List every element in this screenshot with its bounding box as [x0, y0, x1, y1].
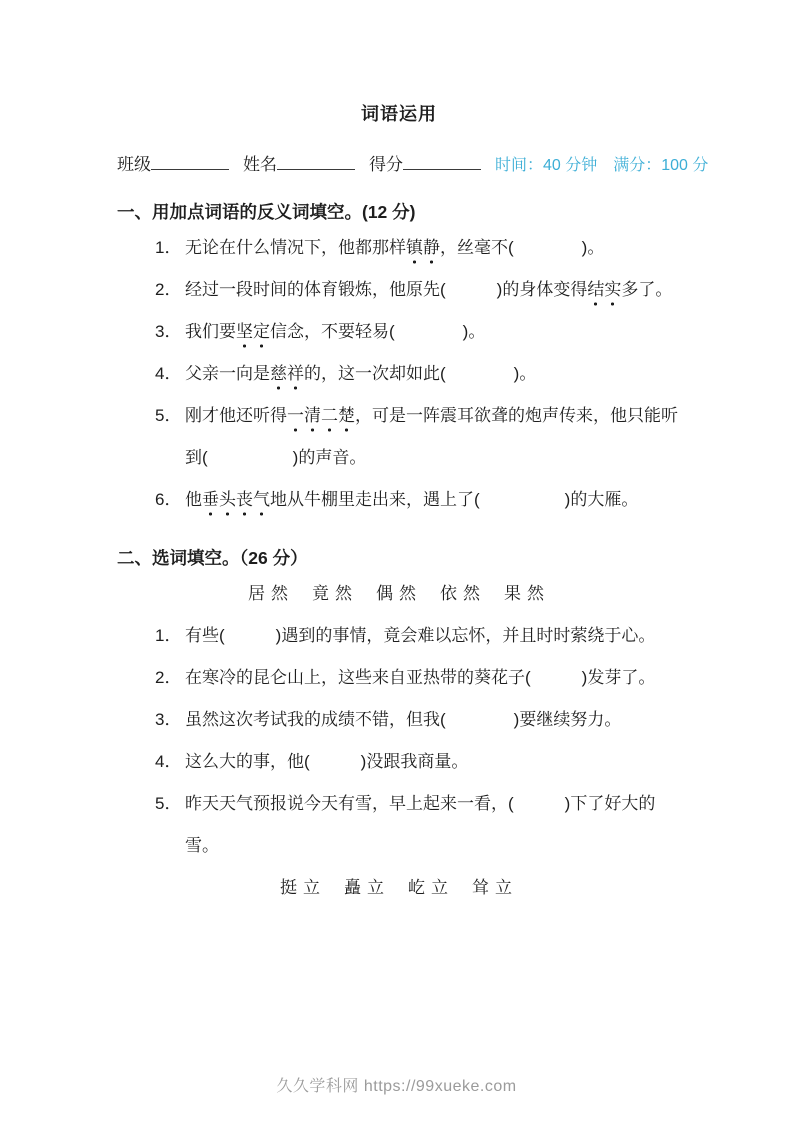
name-blank-line	[277, 156, 355, 170]
question-text: 有些( )遇到的事情，竟会难以忘怀，并且时时萦绕于心。	[185, 626, 655, 645]
question-text: 父亲一向是	[185, 364, 270, 383]
score-label: 得分	[369, 150, 403, 175]
question-item: 3．我们要坚定信念，不要轻易( )。	[117, 311, 681, 353]
emphasized-word: 一清二楚	[287, 406, 355, 432]
question-text: 刚才他还听得	[185, 406, 287, 425]
question-item: 3．虽然这次考试我的成绩不错，但我( )要继续努力。	[117, 699, 681, 741]
question-number: 4．	[155, 353, 185, 395]
emphasized-word: 镇静	[406, 238, 440, 264]
question-item: 2．经过一段时间的体育锻炼，他原先( )的身体变得结实多了。	[117, 269, 681, 311]
question-item: 5．昨天天气预报说今天有雪，早上起来一看，( )下了好大的雪。	[117, 783, 681, 867]
word-bank: 挺立矗立屹立耸立	[117, 867, 681, 909]
watermark-footer: 久久学科网 https://99xueke.com	[0, 1073, 793, 1096]
word-bank-option: 耸立	[472, 878, 518, 897]
word-bank-option: 矗立	[344, 878, 390, 897]
emphasized-word: 慈祥	[270, 364, 304, 390]
section: 一、用加点词语的反义词填空。(12 分)1．无论在什么情况下，他都那样镇静，丝毫…	[117, 197, 681, 521]
question-text: 在寒冷的昆仑山上，这些来自亚热带的葵花子( )发芽了。	[185, 668, 655, 687]
question-item: 2．在寒冷的昆仑山上，这些来自亚热带的葵花子( )发芽了。	[117, 657, 681, 699]
question-text: ，丝毫不( )。	[440, 238, 604, 257]
section: 二、选词填空。（26 分）居然竟然偶然依然果然1．有些( )遇到的事情，竟会难以…	[117, 543, 681, 909]
student-info-row: 班级 姓名 得分 时间：40 分钟 满分：100 分	[117, 150, 681, 175]
question-number: 3．	[155, 311, 185, 353]
question-number: 2．	[155, 657, 185, 699]
score-blank-line	[403, 156, 481, 170]
emphasized-word: 结实	[587, 280, 621, 306]
question-number: 4．	[155, 741, 185, 783]
section-heading: 一、用加点词语的反义词填空。(12 分)	[117, 197, 681, 227]
word-bank-option: 竟然	[312, 584, 358, 603]
question-text: 昨天天气预报说今天有雪，早上起来一看，( )下了好大的雪。	[185, 794, 655, 855]
question-text: 无论在什么情况下，他都那样	[185, 238, 406, 257]
question-item: 4．父亲一向是慈祥的，这一次却如此( )。	[117, 353, 681, 395]
question-item: 4．这么大的事，他( )没跟我商量。	[117, 741, 681, 783]
question-text: 他	[185, 490, 202, 509]
class-label: 班级	[117, 150, 151, 175]
word-bank-option: 偶然	[376, 584, 422, 603]
question-text: 地从牛棚里走出来，遇上了( )的大雁。	[270, 490, 638, 509]
time-and-total-score: 时间：40 分钟 满分：100 分	[495, 152, 708, 175]
page-title: 词语运用	[117, 104, 681, 124]
question-number: 6．	[155, 479, 185, 521]
question-text: 信念，不要轻易( )。	[270, 322, 485, 341]
question-number: 1．	[155, 227, 185, 269]
name-label: 姓名	[243, 150, 277, 175]
question-text: 我们要	[185, 322, 236, 341]
class-field: 班级	[117, 150, 229, 175]
question-number: 5．	[155, 783, 185, 825]
word-bank-option: 果然	[504, 584, 550, 603]
question-item: 1．无论在什么情况下，他都那样镇静，丝毫不( )。	[117, 227, 681, 269]
question-text: 多了。	[621, 280, 672, 299]
word-bank-option: 屹立	[408, 878, 454, 897]
question-number: 5．	[155, 395, 185, 437]
worksheet-page: 词语运用 班级 姓名 得分 时间：40 分钟 满分：100 分 一、用加点词语的…	[0, 0, 793, 909]
question-text: 经过一段时间的体育锻炼，他原先( )的身体变得	[185, 280, 587, 299]
word-bank-option: 居然	[248, 584, 294, 603]
question-text: 虽然这次考试我的成绩不错，但我( )要继续努力。	[185, 710, 621, 729]
question-number: 2．	[155, 269, 185, 311]
sections: 一、用加点词语的反义词填空。(12 分)1．无论在什么情况下，他都那样镇静，丝毫…	[117, 197, 681, 909]
score-field: 得分	[369, 150, 481, 175]
word-bank-option: 挺立	[280, 878, 326, 897]
question-number: 1．	[155, 615, 185, 657]
class-blank-line	[151, 156, 229, 170]
question-text: 这么大的事，他( )没跟我商量。	[185, 752, 468, 771]
word-bank-option: 依然	[440, 584, 486, 603]
section-heading: 二、选词填空。（26 分）	[117, 543, 681, 573]
question-item: 5．刚才他还听得一清二楚，可是一阵震耳欲聋的炮声传来，他只能听到( )的声音。	[117, 395, 681, 479]
question-number: 3．	[155, 699, 185, 741]
question-item: 1．有些( )遇到的事情，竟会难以忘怀，并且时时萦绕于心。	[117, 615, 681, 657]
word-bank: 居然竟然偶然依然果然	[117, 573, 681, 615]
name-field: 姓名	[243, 150, 355, 175]
question-text: 的，这一次却如此( )。	[304, 364, 536, 383]
emphasized-word: 垂头丧气	[202, 490, 270, 516]
question-item: 6．他垂头丧气地从牛棚里走出来，遇上了( )的大雁。	[117, 479, 681, 521]
emphasized-word: 坚定	[236, 322, 270, 348]
